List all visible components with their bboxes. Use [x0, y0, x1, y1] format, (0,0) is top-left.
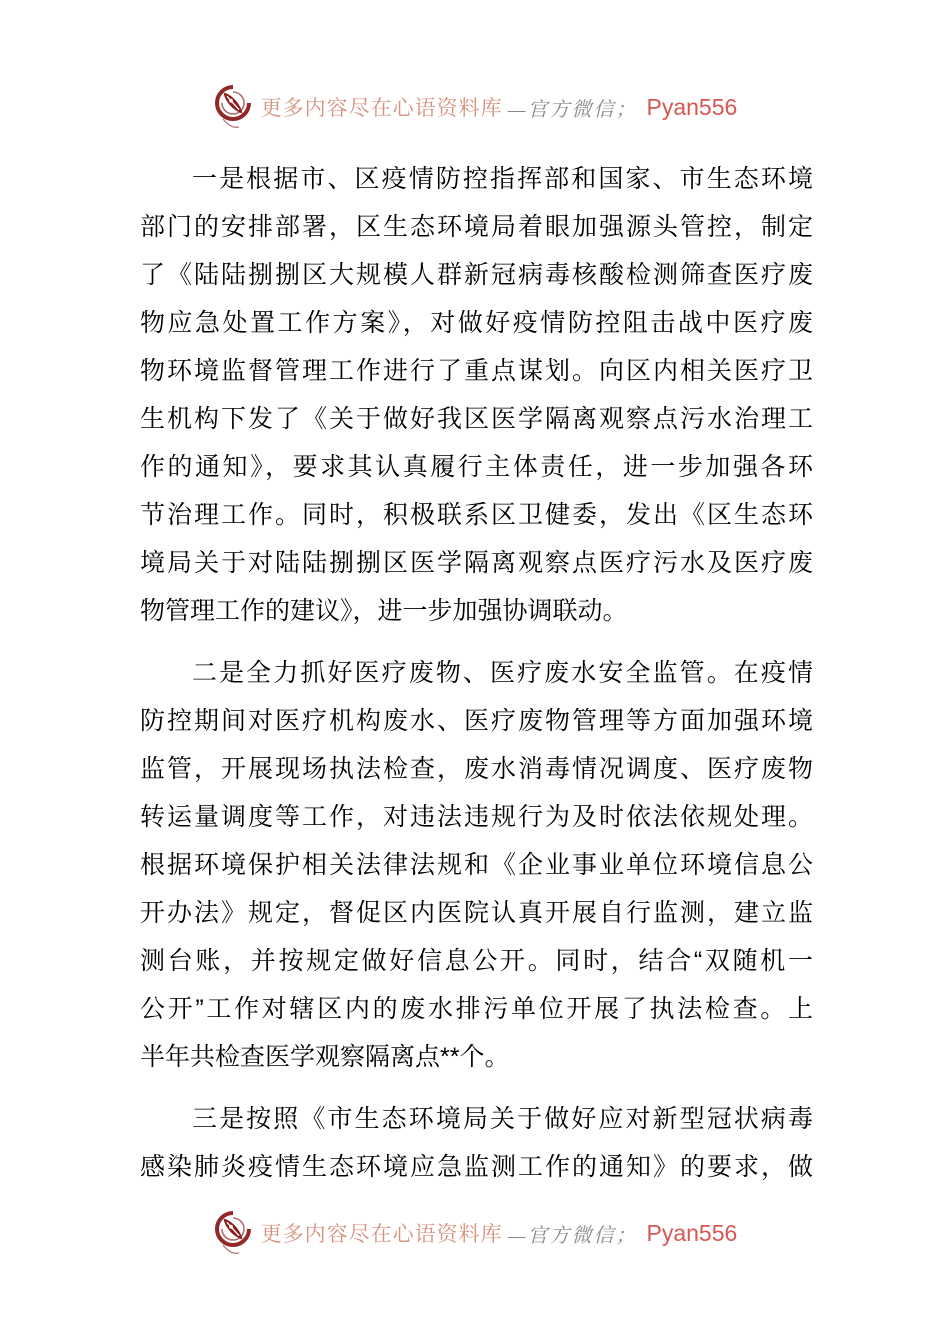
text-line: 转运量调度等工作，对违法违规行为及时依法依规处理。: [140, 793, 813, 841]
text-line: 了《陆陆捌捌区大规模人群新冠病毒核酸检测筛查医疗废: [140, 251, 813, 299]
watermark-brand-text: 更多内容尽在心语资料库: [261, 92, 503, 122]
watermark-wechat-label: —官方微信；: [508, 1219, 638, 1248]
text-line: 物应急处置工作方案》，对做好疫情防控阻击战中医疗废: [140, 299, 813, 347]
text-line: 物管理工作的建议》，进一步加强协调联动。: [140, 587, 813, 635]
text-line: 作的通知》，要求其认真履行主体责任，进一步加强各环: [140, 443, 813, 491]
watermark-wechat-label: —官方微信；: [508, 93, 638, 122]
document-body: 一是根据市、区疫情防控指挥部和国家、市生态环境部门的安排部署，区生态环境局着眼加…: [140, 155, 813, 1191]
paragraph-1: 一是根据市、区疫情防控指挥部和国家、市生态环境部门的安排部署，区生态环境局着眼加…: [140, 155, 813, 635]
pen-nib-logo-icon: [213, 83, 253, 131]
text-line: 开办法》规定，督促区内医院认真开展自行监测，建立监: [140, 889, 813, 937]
text-line: 三是按照《市生态环境局关于做好应对新型冠状病毒: [140, 1095, 813, 1143]
text-line: 根据环境保护相关法律法规和《企业事业单位环境信息公: [140, 841, 813, 889]
text-line: 防控期间对医疗机构废水、医疗废物管理等方面加强环境: [140, 697, 813, 745]
text-line: 感染肺炎疫情生态环境应急监测工作的通知》的要求，做: [140, 1143, 813, 1191]
watermark-footer: 更多内容尽在心语资料库 —官方微信； Pyan556: [0, 1204, 950, 1262]
text-line: 测台账，并按规定做好信息公开。同时，结合“双随机一: [140, 937, 813, 985]
pen-nib-logo-icon: [213, 1209, 253, 1257]
watermark-header: 更多内容尽在心语资料库 —官方微信； Pyan556: [0, 78, 950, 136]
text-line: 境局关于对陆陆捌捌区医学隔离观察点医疗污水及医疗废: [140, 539, 813, 587]
text-line: 监管，开展现场执法检查，废水消毒情况调度、医疗废物: [140, 745, 813, 793]
text-line: 生机构下发了《关于做好我区医学隔离观察点污水治理工: [140, 395, 813, 443]
watermark-brand-text: 更多内容尽在心语资料库: [261, 1218, 503, 1248]
watermark-wechat-id: Pyan556: [646, 1220, 737, 1247]
text-line: 二是全力抓好医疗废物、医疗废水安全监管。在疫情: [140, 649, 813, 697]
text-line: 半年共检查医学观察隔离点**个。: [140, 1033, 813, 1081]
text-line: 部门的安排部署，区生态环境局着眼加强源头管控，制定: [140, 203, 813, 251]
text-line: 公开”工作对辖区内的废水排污单位开展了执法检查。上: [140, 985, 813, 1033]
text-line: 节治理工作。同时，积极联系区卫健委，发出《区生态环: [140, 491, 813, 539]
text-line: 物环境监督管理工作进行了重点谋划。向区内相关医疗卫: [140, 347, 813, 395]
document-page: 更多内容尽在心语资料库 —官方微信； Pyan556 一是根据市、区疫情防控指挥…: [0, 0, 950, 1344]
text-line: 一是根据市、区疫情防控指挥部和国家、市生态环境: [140, 155, 813, 203]
watermark-wechat-id: Pyan556: [646, 94, 737, 121]
paragraph-3: 三是按照《市生态环境局关于做好应对新型冠状病毒感染肺炎疫情生态环境应急监测工作的…: [140, 1095, 813, 1191]
paragraph-2: 二是全力抓好医疗废物、医疗废水安全监管。在疫情防控期间对医疗机构废水、医疗废物管…: [140, 649, 813, 1081]
